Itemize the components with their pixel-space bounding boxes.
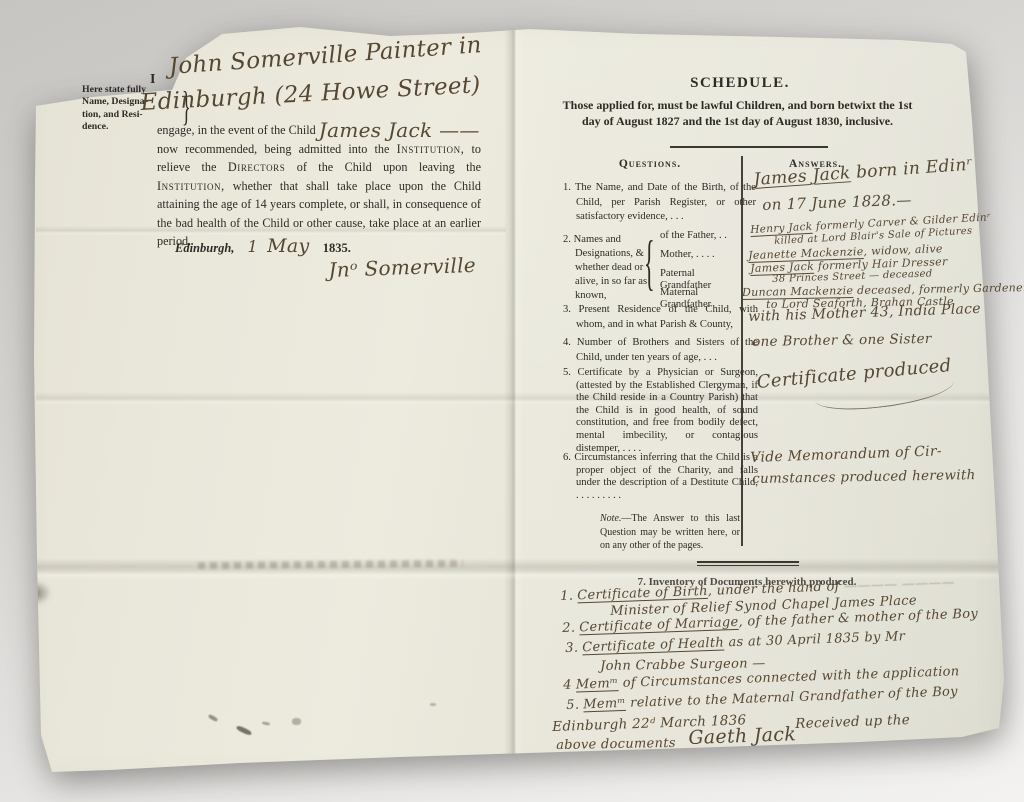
engagement-paragraph: engage, in the event of the Child James … <box>157 121 481 251</box>
ink-bleed-through-smear <box>198 560 463 569</box>
question-4: 4. Number of Brothers and Sisters of the… <box>563 336 758 365</box>
ink-speck <box>208 714 219 722</box>
dateline: Edinburgh, 1 May 1835. <box>175 235 351 257</box>
double-rule <box>697 561 799 566</box>
question-number: 3. <box>563 304 571 315</box>
ink-speck <box>262 721 270 725</box>
smallcaps-directors: Directors <box>228 160 286 174</box>
item-number: 4 <box>563 678 572 693</box>
item-number: 1. <box>560 589 574 604</box>
question-2-row-father: of the Father, . . <box>660 230 746 242</box>
ink-speck <box>430 703 436 706</box>
guarantor-signature: Jnᵒ Somerville <box>328 253 476 282</box>
footnote-lead: Note. <box>600 513 621 524</box>
questions-column-header: Questions. <box>590 158 710 170</box>
question-text: The Name, and Date of the Birth, of the … <box>575 182 756 222</box>
question-3: 3. Present Residence of the Child, with … <box>563 303 758 332</box>
schedule-title: SCHEDULE. <box>565 75 915 92</box>
horizontal-rule <box>670 146 828 148</box>
left-edge-shadow-smudge <box>12 576 58 610</box>
item-title-underlined: Memᵐ <box>576 676 619 692</box>
question-1: 1. The Name, and Date of the Birth, of t… <box>563 181 756 225</box>
question-number: 1. <box>563 182 571 193</box>
ink-speck <box>292 718 301 725</box>
question-6: 6. Circumstances inferring that the Chil… <box>563 452 758 502</box>
handwritten-day: 1 <box>248 237 258 256</box>
smallcaps-institution: Institution, <box>157 179 225 193</box>
closing-line2: above documents <box>556 736 676 753</box>
handwritten-month: May <box>267 235 309 257</box>
ink-speck <box>236 725 253 736</box>
question-number: 6. <box>563 452 571 463</box>
smallcaps-institution: Institution, <box>397 142 465 156</box>
question-number: 2. <box>563 234 571 245</box>
question-2-brace: { <box>644 229 655 300</box>
item-number: 2. <box>562 621 576 636</box>
schedule-intro-line2: day of August 1827 and the 1st day of Au… <box>560 113 915 129</box>
photo-of-document: Here state fully Name, Designa- tion, an… <box>0 0 1024 802</box>
question-2-row-mother: Mother, . . . . <box>660 249 746 261</box>
question-number: 4. <box>563 337 571 348</box>
question-5: 5. Certificate by a Physician or Surgeon… <box>563 367 758 455</box>
dateline-place: Edinburgh, <box>175 241 234 255</box>
center-fold-crease <box>504 27 524 771</box>
engage-lead-text: engage, in the event of the Child <box>157 123 316 137</box>
answer-4: one Brother & one Sister <box>752 331 932 350</box>
printed-pronoun-i: I <box>150 72 155 88</box>
body-text: of the Child upon leaving the <box>285 160 481 174</box>
dateline-year: 1835. <box>323 241 351 255</box>
question-text: Circumstances inferring that the Child i… <box>574 452 758 501</box>
question-text: Certificate by a Physician or Surgeon, (… <box>576 367 758 454</box>
footnote-text: —The Answer to this last Question may be… <box>600 513 740 551</box>
item-number: 5. <box>566 698 580 713</box>
question-text: Present Residence of the Child, with who… <box>576 304 758 330</box>
schedule-intro-line1: Those applied for, must be lawful Childr… <box>560 97 915 113</box>
question-text: Number of Brothers and Sisters of the Ch… <box>576 337 758 363</box>
question-text: Names and Designations, & whether dead o… <box>574 234 647 301</box>
footnote: Note.—The Answer to this last Question m… <box>600 512 740 553</box>
body-text: now recommended, being admitted into the <box>157 142 397 156</box>
item-title-underlined: Memᵐ <box>583 696 626 712</box>
question-number: 5. <box>563 367 571 378</box>
receiving-signature: Gaeth Jack <box>688 723 796 749</box>
item-number: 3. <box>565 641 579 656</box>
handwritten-child-name: James Jack —— <box>319 118 480 142</box>
